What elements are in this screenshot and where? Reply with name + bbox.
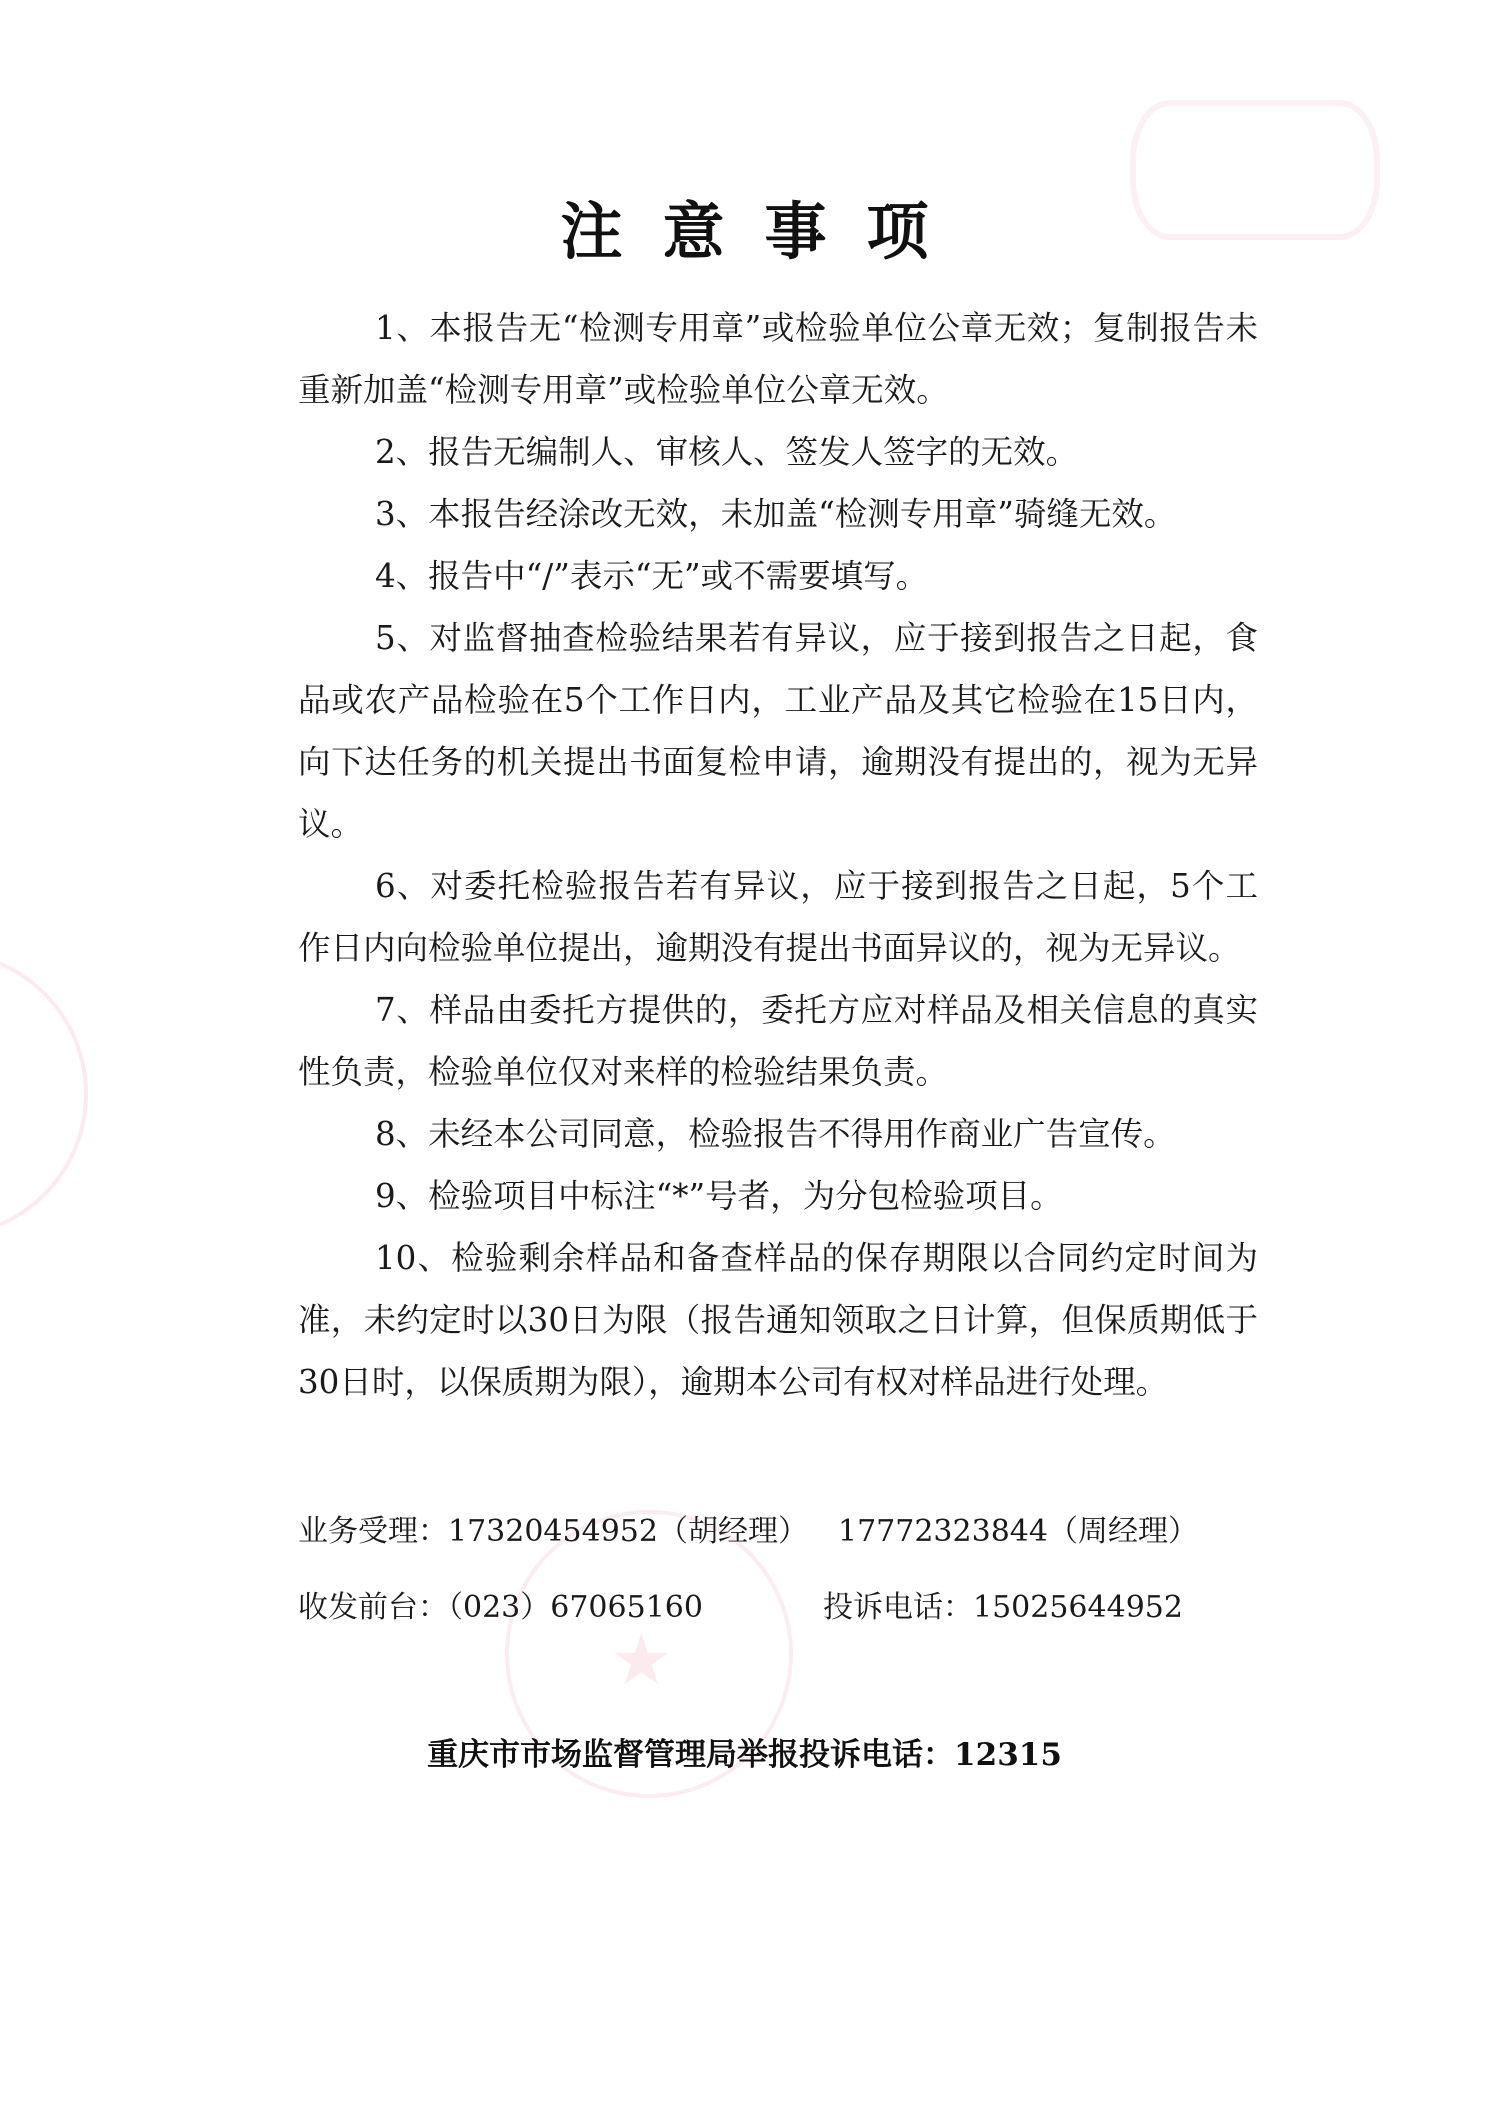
notice-item: 4、报告中“/”表示“无”或不需要填写。	[298, 545, 1258, 607]
contact-info: 业务受理：17320454952（胡经理） 17772323844（周经理） 收…	[298, 1500, 1258, 1652]
notice-item: 9、检验项目中标注“*”号者，为分包检验项目。	[298, 1165, 1258, 1227]
reception-contact: 收发前台：（023）67065160	[298, 1588, 703, 1628]
notice-item: 3、本报告经涂改无效，未加盖“检测专用章”骑缝无效。	[298, 483, 1258, 545]
business-contact: 业务受理：17320454952（胡经理）	[298, 1512, 808, 1552]
reception-label: 收发前台：	[298, 1590, 448, 1625]
contact-row-business: 业务受理：17320454952（胡经理） 17772323844（周经理）	[298, 1500, 1258, 1576]
contact-row-reception: 收发前台：（023）67065160 投诉电话：15025644952	[298, 1576, 1258, 1652]
complaint-phone: 15025644952	[973, 1590, 1183, 1625]
notice-item: 10、检验剩余样品和备查样品的保存期限以合同约定时间为准，未约定时以30日为限（…	[298, 1227, 1258, 1413]
business-phone-2: 17772323844（周经理）	[838, 1512, 1198, 1552]
notice-item: 6、对委托检验报告若有异议，应于接到报告之日起，5个工作日内向检验单位提出，逾期…	[298, 855, 1258, 979]
notice-item: 8、未经本公司同意，检验报告不得用作商业广告宣传。	[298, 1103, 1258, 1165]
page-title: 注意事项	[0, 192, 1489, 272]
notices-list: 1、本报告无“检测专用章”或检验单位公章无效；复制报告未重新加盖“检测专用章”或…	[298, 297, 1258, 1413]
notice-item: 5、对监督抽查检验结果若有异议，应于接到报告之日起，食品或农产品检验在5个工作日…	[298, 607, 1258, 855]
regulator-hotline: 重庆市市场监督管理局举报投诉电话：12315	[0, 1733, 1489, 1777]
complaint-contact: 投诉电话：15025644952	[823, 1588, 1183, 1628]
notice-item: 2、报告无编制人、审核人、签发人签字的无效。	[298, 421, 1258, 483]
red-seal-stamp-icon	[0, 950, 88, 1238]
document-page: ★ 注意事项 1、本报告无“检测专用章”或检验单位公章无效；复制报告未重新加盖“…	[0, 0, 1489, 2106]
notice-item: 1、本报告无“检测专用章”或检验单位公章无效；复制报告未重新加盖“检测专用章”或…	[298, 297, 1258, 421]
complaint-label: 投诉电话：	[823, 1590, 973, 1625]
business-label: 业务受理：	[298, 1514, 448, 1549]
reception-phone: （023）67065160	[448, 1590, 703, 1625]
notice-item: 7、样品由委托方提供的，委托方应对样品及相关信息的真实性负责，检验单位仅对来样的…	[298, 979, 1258, 1103]
business-phone-1: 17320454952（胡经理）	[448, 1514, 808, 1549]
